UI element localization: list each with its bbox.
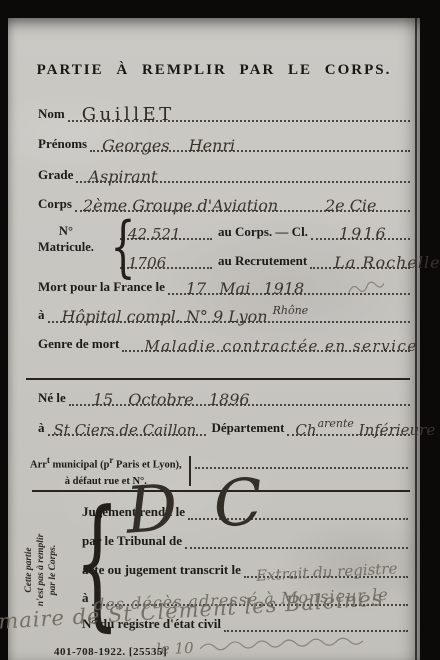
genre-mort-value-handwritten: Maladie contractée en service (144, 337, 417, 355)
tribunal-initials-handwritten: D C (124, 465, 265, 548)
lieu-mort-departement-sup: Rhône (273, 304, 309, 317)
matricule-classe-rule: 1916 (311, 212, 410, 240)
nom-value-handwritten: GuillET (82, 104, 175, 125)
grade-rule: Aspirant (76, 155, 410, 183)
departement-value-handwritten: Charente Inférieure (295, 421, 435, 439)
mort-label: Mort pour la France le (38, 280, 165, 295)
grade-label: Grade (38, 168, 73, 183)
prenoms-rule: Georges Henri (90, 124, 410, 152)
prenoms-label: Prénoms (38, 137, 87, 152)
form-row-genre-mort: Genre de mort Maladie contractée en serv… (38, 326, 410, 352)
form-title: PARTIE À REMPLIR PAR LE CORPS. (8, 62, 420, 79)
lieu-naissance-label: à (38, 421, 45, 436)
arrondissement-label-line1: Arrt municipal (pr Paris et Lyon), (30, 454, 182, 474)
ne-le-value-handwritten: 15 Octobre 1896 (93, 390, 250, 409)
genre-mort-label: Genre de mort (38, 337, 119, 352)
illegible-handwriting-scrawl (197, 634, 397, 655)
genre-mort-rule: Maladie contractée en service (122, 324, 410, 352)
prenoms-value-handwritten: Georges Henri (102, 136, 235, 155)
matricule-corps-mid-label: au Corps. — Cl. (218, 225, 308, 240)
departement-label: Département (212, 421, 285, 436)
departement-rule: Charente Inférieure (287, 408, 410, 436)
paper-sheet: PARTIE À REMPLIR PAR LE CORPS. Nom Guill… (8, 18, 420, 660)
matricule-label-no: N° (38, 224, 94, 240)
departement-suffix: Inférieure (354, 421, 435, 439)
matricule-recrutement-rule: 1706 (120, 241, 212, 269)
form-row-naissance-lieu: à St Ciers de Caillon Département Charen… (38, 410, 410, 436)
nom-label: Nom (38, 107, 65, 122)
form-row-grade: Grade Aspirant (38, 157, 410, 183)
matricule-label: N° Matricule. (38, 224, 94, 255)
lieu-mort-rule: Hôpital compl. N° 9 LyonRhône (48, 295, 411, 323)
form-row-nom: Nom GuillET (38, 96, 410, 122)
lieu-naissance-value-handwritten: St Ciers de Caillon (54, 421, 197, 439)
matricule-label-word: Matricule. (38, 240, 94, 256)
transcription-label: acte ou jugement transcrit le (82, 563, 241, 578)
matricule-corps-rule: 42 521 (120, 212, 212, 240)
nom-rule: GuillET (68, 94, 410, 122)
lieu-mort-label: à (38, 308, 45, 323)
matricule-row-corps: 42 521 au Corps. — Cl. 1916 (120, 214, 410, 240)
transcription-rule: Extrait du registre (244, 550, 408, 578)
matricule-row-recrutement: 1706 au Recrutement La Rochelle (120, 243, 410, 269)
form-row-corps: Corps 2ème Groupe d'Aviation 2e Cie (38, 186, 410, 212)
form-row-transcription: acte ou jugement transcrit le Extrait du… (82, 552, 408, 578)
form-row-mort: Mort pour la France le 17 Mai 1918 (38, 269, 410, 295)
ne-le-label: Né le (38, 391, 66, 406)
printer-imprint: 401-708-1922. [25535] (54, 646, 167, 658)
bottom-note-pencil: le 10 (156, 632, 398, 658)
form-row-lieu-mort: à Hôpital compl. N° 9 LyonRhône (38, 297, 410, 323)
departement-prefix: Ch (295, 421, 316, 439)
lieu-naissance-rule: St Ciers de Caillon (48, 408, 206, 436)
corps-label: Corps (38, 197, 72, 212)
matricule-recrutement-place-rule: La Rochelle (310, 241, 410, 269)
ne-le-rule: 15 Octobre 1896 (69, 378, 410, 406)
departement-sup: arente (318, 417, 354, 430)
form-row-prenoms: Prénoms Georges Henri (38, 126, 410, 152)
form-row-naissance-date: Né le 15 Octobre 1896 (38, 380, 410, 406)
scanned-record-card: PARTIE À REMPLIR PAR LE CORPS. Nom Guill… (0, 0, 440, 660)
